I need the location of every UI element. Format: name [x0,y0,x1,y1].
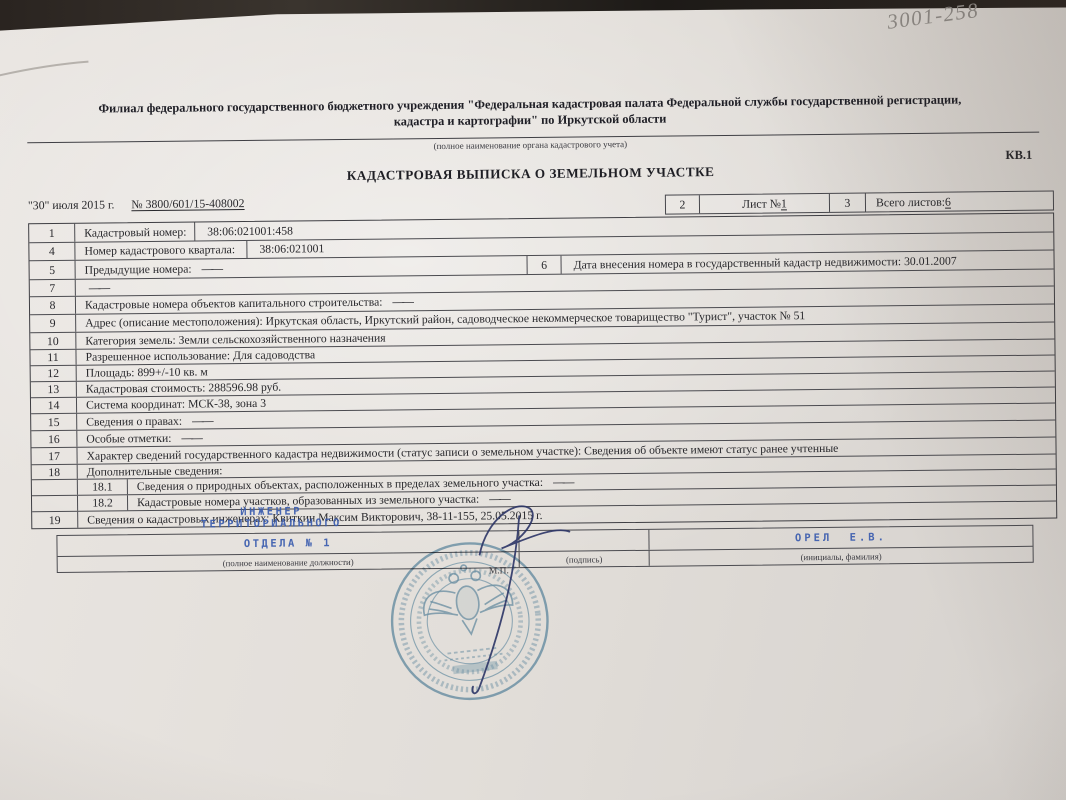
total-sheets-value: 6 [945,194,951,209]
stamp-line-territorial: ТЕРРИТОРИАЛЬНОГО [146,516,396,531]
caption-name: (инициалы, фамилия) [650,547,1033,566]
sheet-number-value: 1 [781,196,787,211]
row-number: 17 [31,448,77,464]
document-number: № 3800/601/15-408002 [131,196,244,211]
sheet-info-col3-num: 3 [830,194,866,212]
row-label: Особые отметки: [86,431,171,445]
sheet-info-table: 2 Лист № 1 3 Всего листов: 6 [665,191,1054,215]
row-number: 7 [30,280,76,296]
empty-dash: —— [181,431,201,444]
row-number: 13 [31,382,77,397]
row-label: Номер кадастрового квартала: [75,241,247,260]
issue-date: "30" июля 2015 г. [28,197,115,212]
row-number: 18 [32,465,78,479]
empty-dash: —— [89,281,109,294]
row-label: Предыдущие номера: [85,262,192,276]
row-number-6: 6 [527,256,561,274]
handwritten-signature [441,487,603,704]
row-label: Кадастровый номер: [75,223,195,242]
row-number: 11 [30,350,76,365]
name-cell: ОРЕЛ Е.В. [649,526,1032,550]
org-name-header: Филиал федерального государственного бюд… [37,92,1023,133]
official-name-stamp: ОРЕЛ Е.В. [795,531,887,544]
sheet-number-cell: Лист № 1 [700,194,830,213]
row-label: Сведения о правах: [86,414,182,428]
sheet-number-label: Лист № [742,196,781,211]
row-number: 15 [31,414,77,430]
document-sheet: 3001-258 Филиал федерального государстве… [0,0,1066,800]
row-number-spacer [32,496,78,511]
empty-dash: —— [202,262,222,275]
position-stamp-text: ИНЖЕНЕР ТЕРРИТОРИАЛЬНОГО [146,504,396,531]
row-label: Кадастровые номера объектов капитального… [85,296,383,312]
stamp-line-department: ОТДЕЛА № 1 [244,537,332,550]
row-sub-number: 18.1 [78,479,128,495]
row-number: 1 [29,224,75,242]
cadastral-table: 1 Кадастровый номер: 38:06:021001:458 4 … [28,213,1057,530]
row-number: 12 [31,366,77,381]
dateline: "30" июля 2015 г. № 3800/601/15-408002 [28,196,245,213]
row-number-spacer [32,480,78,495]
total-sheets-cell: Всего листов: 6 [866,192,1053,212]
empty-dash: —— [392,295,412,308]
row-number: 14 [31,398,77,413]
row-number: 9 [30,315,76,332]
total-sheets-label: Всего листов: [876,194,945,210]
document-title: КАДАСТРОВАЯ ВЫПИСКА О ЗЕМЕЛЬНОМ УЧАСТКЕ [0,160,1064,187]
handwritten-pencil-note: 3001-258 [886,0,981,35]
pencil-stray-mark [0,51,97,82]
row-number: 5 [30,261,76,279]
row-number: 16 [31,431,77,447]
row-number: 4 [29,243,75,260]
sheet-info-col2-num: 2 [666,195,700,213]
empty-dash: —— [192,414,212,427]
row-sub-number: 18.2 [78,495,128,511]
row-number: 10 [30,333,76,349]
row-number: 19 [32,512,78,528]
row-number: 8 [30,297,76,314]
